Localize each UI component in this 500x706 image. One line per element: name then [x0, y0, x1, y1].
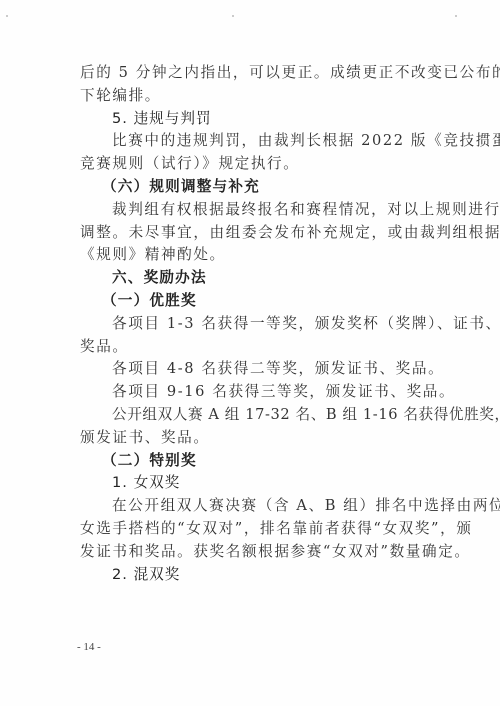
paragraph-line: 颁发证书、奖品。: [80, 427, 430, 450]
page-number: - 14 -: [77, 641, 101, 653]
paragraph-line: 女选手搭档的“女双对”，排名靠前者获得“女双奖”，颁: [80, 518, 430, 541]
paragraph-line: 下轮编排。: [80, 85, 430, 108]
paragraph-line: 各项目 4-8 名获得二等奖，颁发证书、奖品。: [80, 358, 430, 381]
paragraph-line: 裁判组有权根据最终报名和赛程情况，对以上规则进行: [80, 199, 430, 222]
paragraph-line: 竞赛规则（试行）》规定执行。: [80, 153, 430, 176]
document-page: 后的 5 分钟之内指出，可以更正。成绩更正不改变已公布的 下轮编排。 5. 违规…: [0, 0, 500, 706]
paragraph-line: 后的 5 分钟之内指出，可以更正。成绩更正不改变已公布的: [80, 62, 430, 85]
section-subheading: 1. 女双奖: [80, 472, 430, 495]
paragraph-line: 各项目 1-3 名获得一等奖，颁发奖杯（奖牌）、证书、: [80, 313, 430, 336]
section-heading: （六）规则调整与补充: [80, 176, 430, 199]
paragraph-line: 公开组双人赛 A 组 17-32 名、B 组 1-16 名获得优胜奖，: [80, 404, 430, 427]
scan-artifact: [6, 15, 8, 17]
section-subheading: 2. 混双奖: [80, 564, 430, 587]
paragraph-line: 《规则》精神酌处。: [80, 244, 430, 267]
paragraph-line: 调整。未尽事宜，由组委会发布补充规定，或由裁判组根据: [80, 222, 430, 245]
paragraph-line: 在公开组双人赛决赛（含 A、B 组）排名中选择由两位: [80, 495, 430, 518]
paragraph-line: 发证书和奖品。获奖名额根据参赛“女双对”数量确定。: [80, 541, 430, 564]
scan-artifact: [232, 15, 234, 17]
paragraph-line: 比赛中的违规判罚，由裁判长根据 2022 版《竞技掼蛋: [80, 130, 430, 153]
section-heading: 六、奖励办法: [80, 267, 430, 290]
paragraph-line: 奖品。: [80, 336, 430, 359]
document-body: 后的 5 分钟之内指出，可以更正。成绩更正不改变已公布的 下轮编排。 5. 违规…: [80, 62, 430, 586]
section-heading: （一）优胜奖: [80, 290, 430, 313]
scan-artifact: [455, 15, 457, 17]
section-subheading: 5. 违规与判罚: [80, 108, 430, 131]
section-heading: （二）特别奖: [80, 450, 430, 473]
paragraph-line: 各项目 9-16 名获得三等奖，颁发证书、奖品。: [80, 381, 430, 404]
